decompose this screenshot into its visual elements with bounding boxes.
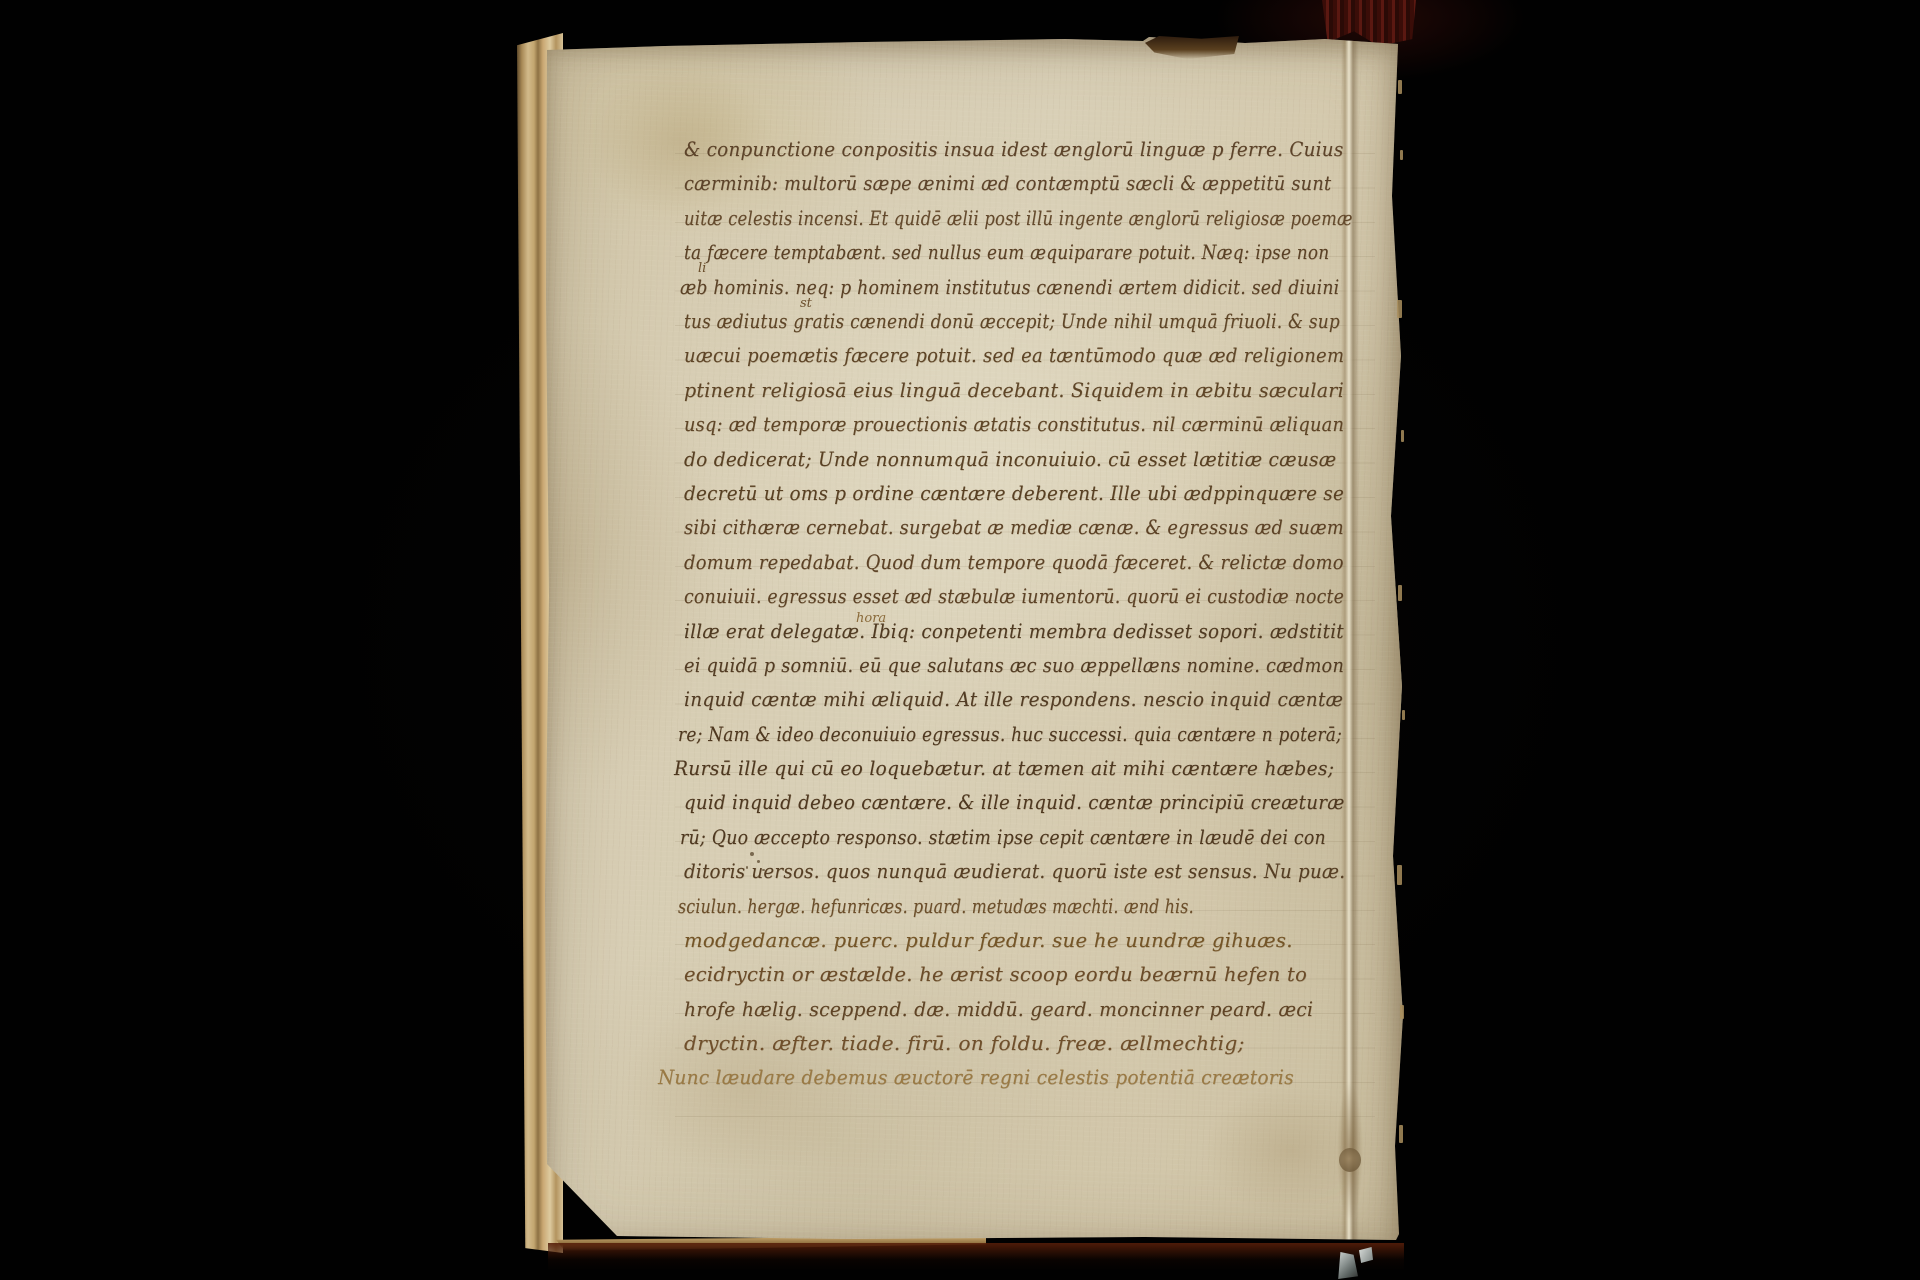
manuscript-text-line: decretū ut oms p ordine cæntære deberent… — [684, 483, 1344, 503]
manuscript-text-line: quid inquid debeo cæntære. & ille inquid… — [684, 792, 1345, 812]
manuscript-text-line: tus ædiutus gratis cænendi donū æccepit;… — [684, 311, 1340, 331]
manuscript-text-line: cærminib: multorū sæpe ænimi æd contæmpt… — [684, 173, 1331, 193]
manuscript-text-line: æb hominis. neq: p hominem institutus cæ… — [680, 277, 1339, 297]
manuscript-text-line: Rursū ille qui cū eo loquebætur. at tæme… — [674, 758, 1334, 778]
manuscript-text-line: ecidryctin or æstælde. he ærist scoop eo… — [684, 964, 1307, 984]
manuscript-text-line: ditoris uersos. quos nunquā æudierat. qu… — [684, 861, 1345, 881]
manuscript-text-block: & conpunctione conpositis insua idest æn… — [0, 0, 1920, 1280]
interlinear-gloss: li — [698, 262, 706, 275]
manuscript-text-line: ei quidā p somniū. eū que salutans æc su… — [684, 655, 1344, 675]
manuscript-text-line: sibi cithæræ cernebat. surgebat æ mediæ … — [684, 517, 1344, 537]
manuscript-text-line: domum repedabat. Quod dum tempore quodā … — [684, 552, 1344, 572]
manuscript-text-line: hrofe hælig. sceppend. dæ. middū. geard.… — [684, 999, 1313, 1019]
manuscript-text-line: dryctin. æfter. tiade. firū. on foldu. f… — [684, 1033, 1245, 1053]
manuscript-text-line: modgedancæ. puerc. puldur fædur. sue he … — [684, 930, 1293, 950]
manuscript-text-line: rū; Quo æccepto responso. stætim ipse ce… — [680, 827, 1326, 847]
manuscript-text-line: uitæ celestis incensi. Et quidē ælii pos… — [684, 208, 1353, 228]
manuscript-text-line: do dedicerat; Unde nonnumquā inconuiuio.… — [684, 449, 1336, 469]
manuscript-text-line: usq: æd temporæ prouectionis ætatis cons… — [684, 414, 1344, 434]
photo-background: & conpunctione conpositis insua idest æn… — [0, 0, 1920, 1280]
manuscript-text-line: re; Nam & ideo deconuiuio egressus. huc … — [678, 724, 1342, 744]
manuscript-text-line: Nunc læudare debemus æuctorē regni celes… — [658, 1067, 1294, 1087]
manuscript-text-line: uæcui poemætis fæcere potuit. sed ea tæn… — [684, 345, 1344, 365]
manuscript-text-line: ptinent religiosā eius linguā decebant. … — [684, 380, 1344, 400]
manuscript-text-line: & conpunctione conpositis insua idest æn… — [684, 139, 1344, 159]
manuscript-text-line: conuiuii. egressus esset æd stæbulæ iume… — [684, 586, 1344, 606]
interlinear-gloss: hora — [856, 612, 886, 625]
manuscript-text-line: ta fæcere temptabænt. sed nullus eum æqu… — [684, 242, 1329, 262]
manuscript-text-line: sciulun. hergæ. hefunricæs. puard. metud… — [678, 896, 1194, 916]
manuscript-text-line: inquid cæntæ mihi æliquid. At ille respo… — [684, 689, 1343, 709]
manuscript-text-line: illæ erat delegatæ. Ibiq: conpetenti mem… — [684, 621, 1344, 641]
interlinear-gloss: st — [800, 297, 812, 310]
